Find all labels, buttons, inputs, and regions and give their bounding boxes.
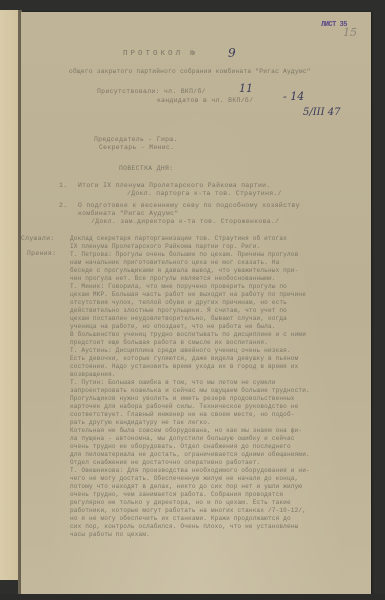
- body-line: очень трудно, чем занимается работа. Соб…: [70, 491, 370, 499]
- agenda-item-2-number: 2.: [59, 202, 67, 210]
- present-members-label: Присутствовали: чл. ВКП/б/: [97, 88, 206, 96]
- document-page: ЛИСТ 35 15 ПРОТОКОЛ № 9 общего закрытого…: [21, 12, 371, 600]
- body-line: соответствует. Главный инженер не на сво…: [70, 411, 370, 419]
- body-line: В большинство учениц трудно воспитывать …: [70, 331, 370, 339]
- body-line: IX пленума Пролетарского Райкома партии …: [70, 243, 370, 251]
- body-line: регулярно не только у директора, но и по…: [70, 499, 370, 507]
- chairman: Председатель - Гирш.: [94, 136, 178, 144]
- label-heard: Слушали:: [21, 235, 54, 243]
- body-line: чего не могу достать. Обеспеченную жилую…: [70, 475, 370, 483]
- body-line: цехам поставлен неудовлетворительно, быв…: [70, 315, 370, 323]
- body-line: нам начальник приготовительного цеха не …: [70, 259, 370, 267]
- body-line: Т. Аустинь: Дисциплина среди швейного уч…: [70, 347, 370, 355]
- body-line: работники, которые могут работать на мно…: [70, 507, 370, 515]
- folio-number: 15: [343, 26, 357, 39]
- handwritten-date: 5/III 47: [303, 107, 341, 118]
- body-line: Т. Овешникова: Для производства необходи…: [70, 467, 370, 475]
- body-line: Т. Миник: Говорила, что мне поручено про…: [70, 283, 370, 291]
- label-debates: Прения:: [27, 250, 56, 258]
- secretary: Секретарь - Минис.: [99, 144, 174, 152]
- body-line: возвращения.: [70, 371, 370, 379]
- body-line: Отдел снабжения не достаточно оперативно…: [70, 459, 370, 467]
- present-candidates-label: кандидатов в чл. ВКП/б/: [157, 97, 253, 105]
- body-text: Доклад секретаря парторганизации тов. Ст…: [70, 235, 370, 539]
- subtitle: общего закрытого партийного собрания ком…: [69, 68, 311, 76]
- body-line: ла пущена - автономна, мы допустили боль…: [70, 435, 370, 443]
- body-line: сих пор, контроль ослабился. Очень плохо…: [70, 523, 370, 531]
- body-line: запроектировать кошелька и сейчас мы ощу…: [70, 387, 370, 395]
- body-line: потому что находят в делах, никто до сих…: [70, 483, 370, 491]
- body-line: Т. Петрова: Прогулы очень большие по цех…: [70, 251, 370, 259]
- body-line: рать другую кандидатуру не так легко.: [70, 419, 370, 427]
- body-line: действительно злостные прогульщики. Я сч…: [70, 307, 370, 315]
- agenda-item-2-title-cont: комбината "Ригас Аудумс": [78, 210, 178, 218]
- body-line: предстоит еще большая работа в смысле их…: [70, 339, 370, 347]
- body-line: отсутствия чулок, теплой обуви и других …: [70, 299, 370, 307]
- page-title: ПРОТОКОЛ №: [123, 50, 198, 58]
- body-line: чин прогула нет. Все прогулы являются не…: [70, 275, 370, 283]
- agenda-item-1-number: 1.: [59, 182, 67, 190]
- protocol-number: 9: [228, 46, 236, 60]
- body-line: Доклад секретаря парторганизации тов. Ст…: [70, 235, 370, 243]
- body-line: часы работы по цехам.: [70, 531, 370, 539]
- body-line: Котельная не была совсем оборудована, но…: [70, 427, 370, 435]
- body-line: карточек для набора рабочей силы. Технич…: [70, 403, 370, 411]
- body-line: очень трудно ее оборудовать. Отдел снабж…: [70, 443, 370, 451]
- scan-background-bottom: [0, 594, 385, 600]
- body-line: беседе с прогульщиками я давала вывод, ч…: [70, 267, 370, 275]
- body-line: цехам МКР. Большая часть работ не выходи…: [70, 291, 370, 299]
- body-line: ученица на работе, но опоздает, что не р…: [70, 323, 370, 331]
- body-line: для пиломатериала не достать, ограничива…: [70, 451, 370, 459]
- agenda-item-2-title: О подготовке к весеннему севу по подсобн…: [78, 202, 300, 210]
- body-line: Т. Путин: Большая ошибка в том, что мы л…: [70, 379, 370, 387]
- agenda-item-2-speaker: /Докл. зам.директора к-та тов. Стороженк…: [91, 218, 279, 226]
- body-line: Прогульщиков нужно уволить и иметь резер…: [70, 395, 370, 403]
- body-line: Есть девочки, которые гуляются, даже вид…: [70, 355, 370, 363]
- present-candidates-count: - 14: [283, 90, 304, 103]
- present-members-count: 11: [239, 82, 253, 95]
- body-line: состоянии. Надо установить время ухода и…: [70, 363, 370, 371]
- agenda-item-1-speaker: /Докл. парторга к-та тов. Страутиня./: [127, 190, 282, 198]
- agenda-heading: ПОВЕСТКА ДНЯ:: [119, 165, 173, 173]
- agenda-item-1-title: Итоги IX пленума Пролетарского Райкома п…: [78, 182, 271, 190]
- body-line: но я не могу обеспечить их станками. Кра…: [70, 515, 370, 523]
